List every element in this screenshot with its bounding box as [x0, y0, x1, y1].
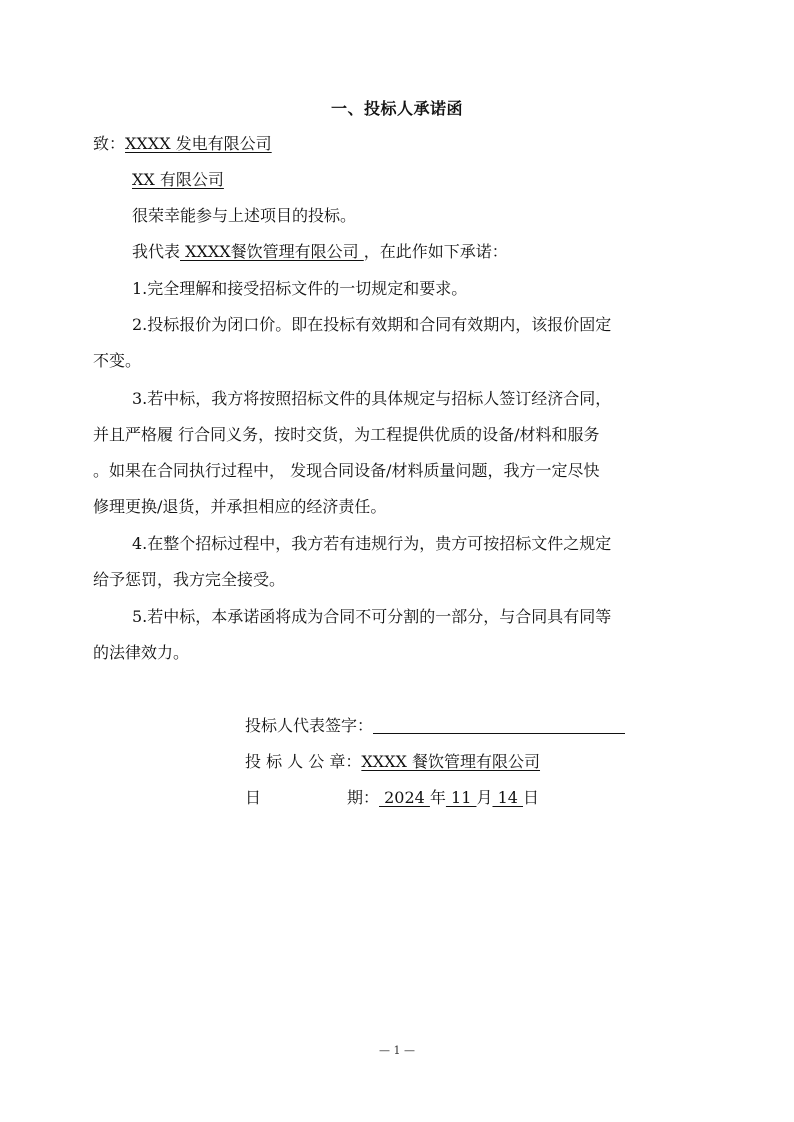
representing-company: XXXX餐饮管理有限公司 — [180, 242, 364, 261]
representative-signature-label: 投标人代表签字： — [245, 716, 373, 735]
salutation-line-2: XX 有限公司 — [132, 170, 224, 190]
commitment-item-3-line-2: 并且严格履 行合同义务，按时交货，为工程提供优质的设备/材料和服务 — [93, 425, 599, 445]
commitment-item-5-line-1: 5.若中标，本承诺函将成为合同不可分割的一部分，与合同具有同等 — [132, 607, 611, 627]
salutation-line: 致：XXXX 发电有限公司 — [93, 134, 272, 154]
date-label-left: 日 — [245, 788, 261, 807]
signature-row: 投标人代表签字： — [245, 716, 625, 736]
date-label-right: 期： — [347, 788, 379, 807]
commitment-item-2-line-2: 不变。 — [93, 351, 141, 371]
recipient-secondary: XX 有限公司 — [132, 170, 224, 189]
date-day-unit: 日 — [523, 788, 539, 807]
salutation-prefix: 致： — [93, 134, 125, 153]
commitment-item-4-line-1: 4.在整个招标过程中，我方若有违规行为，贵方可按招标文件之规定 — [132, 534, 611, 554]
date-year: 2024 — [379, 788, 430, 807]
commitment-item-3-line-4: 修理更换/退货，并承担相应的经济责任。 — [93, 497, 386, 517]
intro-text: 很荣幸能参与上述项目的投标。 — [132, 206, 356, 226]
page-number: — 1 — — [0, 1044, 794, 1057]
document-title: 一、投标人承诺函 — [0, 96, 794, 119]
representation-prefix: 我代表 — [132, 242, 180, 261]
representation-line: 我代表 XXXX餐饮管理有限公司 ，在此作如下承诺： — [132, 242, 508, 262]
commitment-item-3-line-1: 3.若中标，我方将按照招标文件的具体规定与招标人签订经济合同， — [132, 389, 611, 409]
commitment-item-3-line-3: 。如果在合同执行过程中， 发现合同设备/材料质量问题，我方一定尽快 — [93, 461, 599, 481]
date-day: 14 — [492, 788, 523, 807]
recipient-primary: XXXX 发电有限公司 — [125, 134, 272, 153]
seal-row: 投 标 人 公 章：XXXX 餐饮管理有限公司 — [245, 752, 540, 772]
representation-suffix: ，在此作如下承诺： — [364, 242, 508, 261]
document-page: 一、投标人承诺函 致：XXXX 发电有限公司 XX 有限公司 很荣幸能参与上述项… — [0, 0, 794, 1122]
date-month: 11 — [446, 788, 477, 807]
commitment-item-4-line-2: 给予惩罚，我方完全接受。 — [93, 570, 285, 590]
company-seal-label: 投 标 人 公 章： — [245, 752, 361, 771]
date-row: 日期： 2024 年 11 月 14 日 — [245, 788, 539, 808]
date-month-unit: 月 — [476, 788, 492, 807]
commitment-item-2-line-1: 2.投标报价为闭口价。即在投标有效期和合同有效期内，该报价固定 — [132, 315, 611, 335]
company-seal-value: XXXX 餐饮管理有限公司 — [361, 752, 540, 771]
date-year-unit: 年 — [430, 788, 446, 807]
commitment-item-5-line-2: 的法律效力。 — [93, 643, 189, 663]
signature-blank-field[interactable] — [373, 717, 625, 734]
commitment-item-1: 1.完全理解和接受招标文件的一切规定和要求。 — [132, 279, 467, 299]
